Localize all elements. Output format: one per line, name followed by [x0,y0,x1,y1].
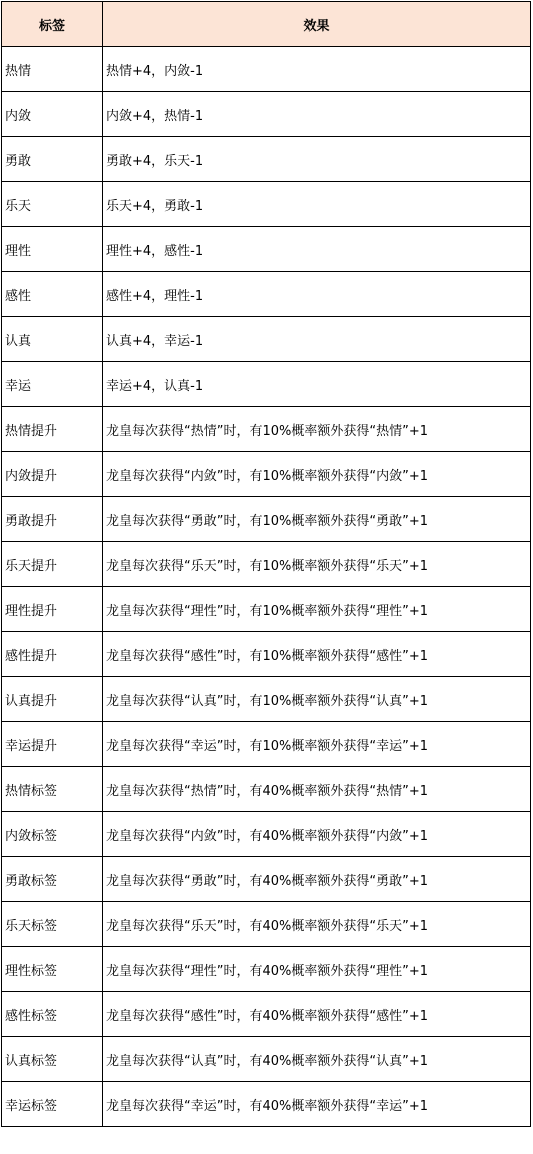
tag-cell: 感性标签 [2,992,103,1037]
table-header-row: 标签 效果 [2,2,531,47]
table-row: 热情标签龙皇每次获得“热情”时，有40%概率额外获得“热情”+1 [2,767,531,812]
effect-cell: 幸运+4，认真-1 [103,362,531,407]
table-row: 热情提升龙皇每次获得“热情”时，有10%概率额外获得“热情”+1 [2,407,531,452]
effect-cell: 龙皇每次获得“勇敢”时，有40%概率额外获得“勇敢”+1 [103,857,531,902]
tag-cell: 认真提升 [2,677,103,722]
table-row: 勇敢提升龙皇每次获得“勇敢”时，有10%概率额外获得“勇敢”+1 [2,497,531,542]
effect-cell: 龙皇每次获得“勇敢”时，有10%概率额外获得“勇敢”+1 [103,497,531,542]
tag-cell: 认真标签 [2,1037,103,1082]
effect-cell: 内敛+4，热情-1 [103,92,531,137]
tag-cell: 认真 [2,317,103,362]
table-row: 热情热情+4，内敛-1 [2,47,531,92]
effect-cell: 龙皇每次获得“感性”时，有10%概率额外获得“感性”+1 [103,632,531,677]
tag-cell: 幸运标签 [2,1082,103,1127]
table-row: 乐天标签龙皇每次获得“乐天”时，有40%概率额外获得“乐天”+1 [2,902,531,947]
table-row: 幸运标签龙皇每次获得“幸运”时，有40%概率额外获得“幸运”+1 [2,1082,531,1127]
tag-effects-table: 标签 效果 热情热情+4，内敛-1内敛内敛+4，热情-1勇敢勇敢+4，乐天-1乐… [1,1,531,1127]
header-effect: 效果 [103,2,531,47]
table-row: 乐天乐天+4，勇敢-1 [2,182,531,227]
table-row: 认真标签龙皇每次获得“认真”时，有40%概率额外获得“认真”+1 [2,1037,531,1082]
tag-cell: 内敛 [2,92,103,137]
tag-cell: 乐天提升 [2,542,103,587]
tag-cell: 勇敢标签 [2,857,103,902]
tag-cell: 勇敢 [2,137,103,182]
effect-cell: 乐天+4，勇敢-1 [103,182,531,227]
tag-cell: 乐天 [2,182,103,227]
table-row: 内敛标签龙皇每次获得“内敛”时，有40%概率额外获得“内敛”+1 [2,812,531,857]
table-row: 理性提升龙皇每次获得“理性”时，有10%概率额外获得“理性”+1 [2,587,531,632]
effect-cell: 感性+4，理性-1 [103,272,531,317]
effect-cell: 勇敢+4，乐天-1 [103,137,531,182]
effect-cell: 龙皇每次获得“幸运”时，有10%概率额外获得“幸运”+1 [103,722,531,767]
tag-cell: 理性提升 [2,587,103,632]
table-row: 理性标签龙皇每次获得“理性”时，有40%概率额外获得“理性”+1 [2,947,531,992]
effect-cell: 龙皇每次获得“热情”时，有10%概率额外获得“热情”+1 [103,407,531,452]
tag-cell: 乐天标签 [2,902,103,947]
tag-cell: 内敛提升 [2,452,103,497]
table-row: 乐天提升龙皇每次获得“乐天”时，有10%概率额外获得“乐天”+1 [2,542,531,587]
table-row: 感性提升龙皇每次获得“感性”时，有10%概率额外获得“感性”+1 [2,632,531,677]
effect-cell: 龙皇每次获得“幸运”时，有40%概率额外获得“幸运”+1 [103,1082,531,1127]
effect-cell: 认真+4，幸运-1 [103,317,531,362]
table-row: 幸运提升龙皇每次获得“幸运”时，有10%概率额外获得“幸运”+1 [2,722,531,767]
effect-cell: 龙皇每次获得“认真”时，有40%概率额外获得“认真”+1 [103,1037,531,1082]
effect-cell: 理性+4，感性-1 [103,227,531,272]
table-row: 感性标签龙皇每次获得“感性”时，有40%概率额外获得“感性”+1 [2,992,531,1037]
effect-cell: 龙皇每次获得“内敛”时，有10%概率额外获得“内敛”+1 [103,452,531,497]
table-row: 勇敢标签龙皇每次获得“勇敢”时，有40%概率额外获得“勇敢”+1 [2,857,531,902]
tag-cell: 幸运 [2,362,103,407]
effect-cell: 龙皇每次获得“感性”时，有40%概率额外获得“感性”+1 [103,992,531,1037]
tag-cell: 感性 [2,272,103,317]
effect-cell: 龙皇每次获得“乐天”时，有40%概率额外获得“乐天”+1 [103,902,531,947]
tag-cell: 勇敢提升 [2,497,103,542]
table-body: 热情热情+4，内敛-1内敛内敛+4，热情-1勇敢勇敢+4，乐天-1乐天乐天+4，… [2,47,531,1127]
effect-cell: 龙皇每次获得“理性”时，有10%概率额外获得“理性”+1 [103,587,531,632]
header-tag: 标签 [2,2,103,47]
effect-cell: 龙皇每次获得“认真”时，有10%概率额外获得“认真”+1 [103,677,531,722]
effect-cell: 龙皇每次获得“热情”时，有40%概率额外获得“热情”+1 [103,767,531,812]
tag-cell: 理性标签 [2,947,103,992]
table-row: 内敛提升龙皇每次获得“内敛”时，有10%概率额外获得“内敛”+1 [2,452,531,497]
tag-cell: 幸运提升 [2,722,103,767]
effect-cell: 龙皇每次获得“内敛”时，有40%概率额外获得“内敛”+1 [103,812,531,857]
tag-cell: 内敛标签 [2,812,103,857]
table-row: 勇敢勇敢+4，乐天-1 [2,137,531,182]
table-row: 内敛内敛+4，热情-1 [2,92,531,137]
tag-cell: 感性提升 [2,632,103,677]
table-row: 幸运幸运+4，认真-1 [2,362,531,407]
table-row: 感性感性+4，理性-1 [2,272,531,317]
tag-cell: 热情 [2,47,103,92]
tag-cell: 热情标签 [2,767,103,812]
table-row: 认真提升龙皇每次获得“认真”时，有10%概率额外获得“认真”+1 [2,677,531,722]
effect-cell: 热情+4，内敛-1 [103,47,531,92]
tag-cell: 理性 [2,227,103,272]
effect-cell: 龙皇每次获得“理性”时，有40%概率额外获得“理性”+1 [103,947,531,992]
tag-cell: 热情提升 [2,407,103,452]
table-row: 认真认真+4，幸运-1 [2,317,531,362]
effect-cell: 龙皇每次获得“乐天”时，有10%概率额外获得“乐天”+1 [103,542,531,587]
table-row: 理性理性+4，感性-1 [2,227,531,272]
